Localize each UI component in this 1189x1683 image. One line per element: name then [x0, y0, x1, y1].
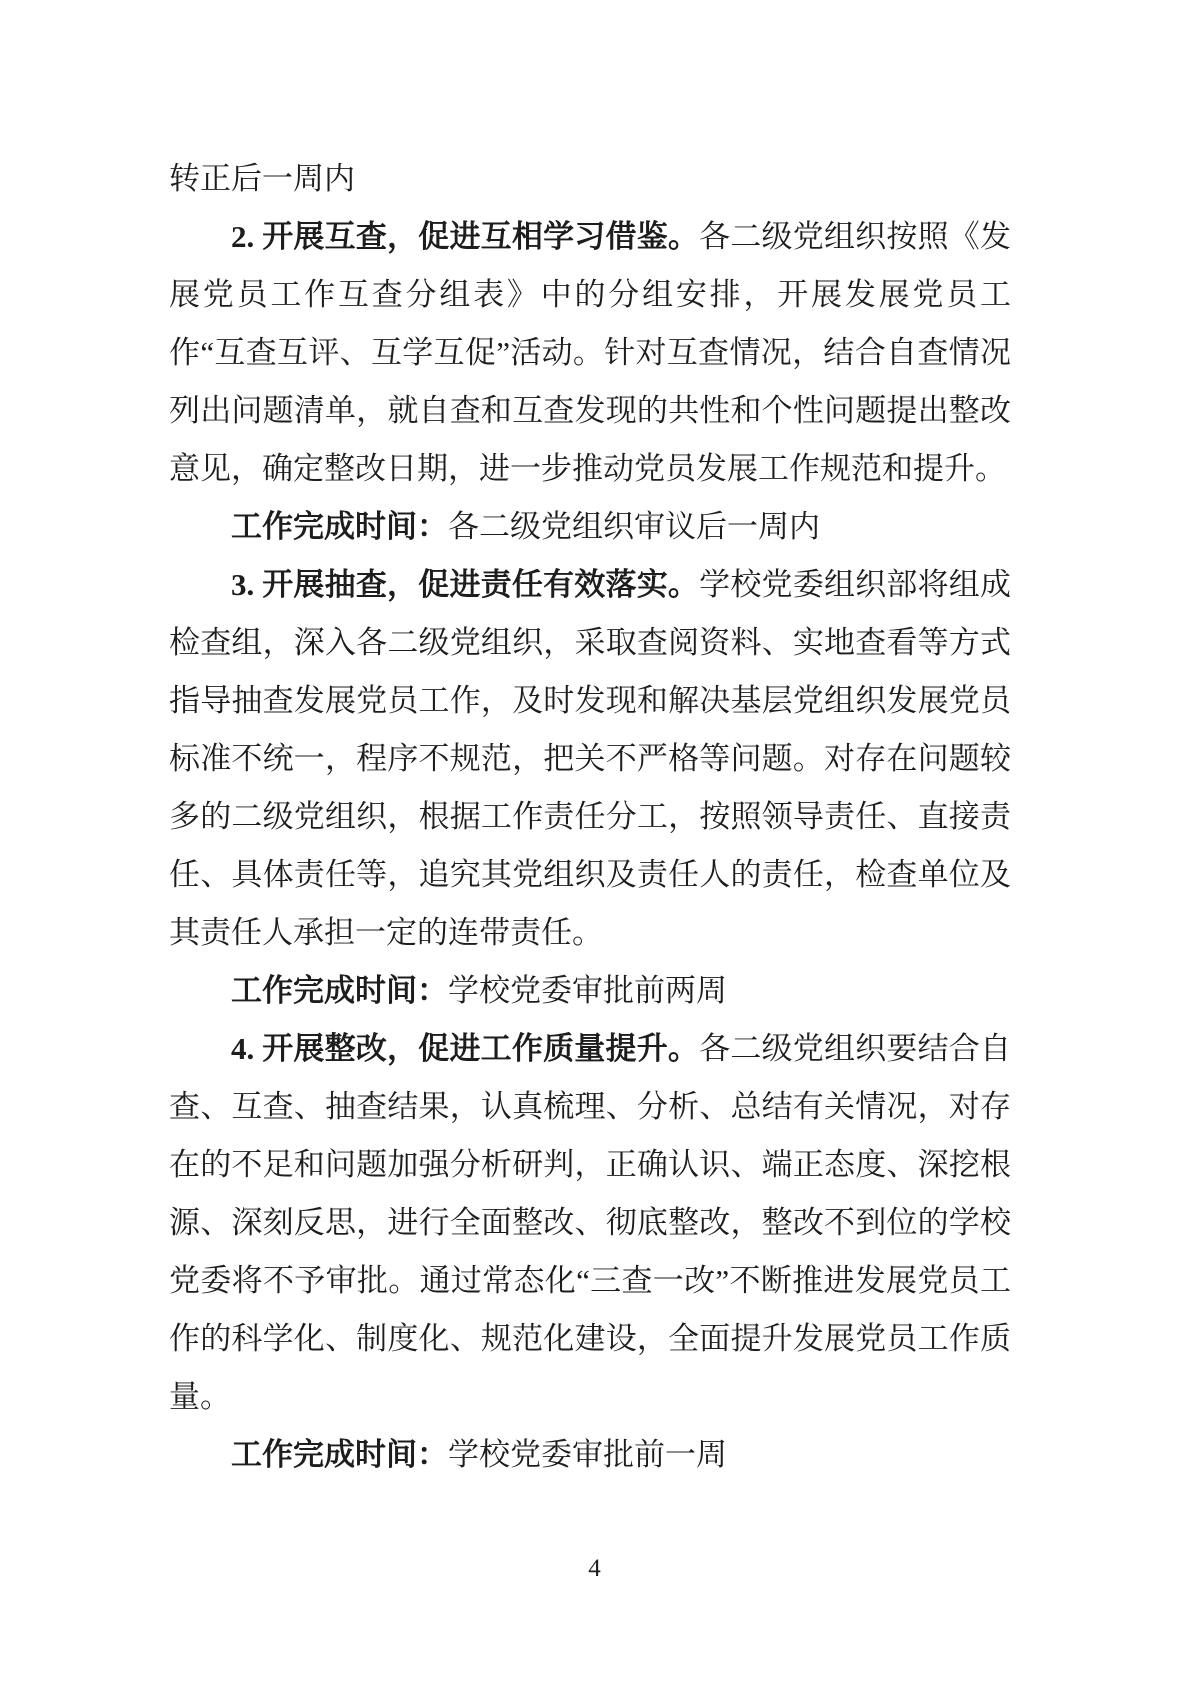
paragraph: 工作完成时间：学校党委审批前两周: [169, 962, 1011, 1020]
text-run: 各二级党组织按照《发展党员工作互查分组表》中的分组安排，开展发展党员工作“互查互…: [169, 219, 1011, 486]
text-run: 学校党委审批前一周: [448, 1437, 727, 1472]
text-run: 转正后一周内: [169, 161, 355, 196]
text-run: 学校党委组织部将组成检查组，深入各二级党组织，采取查阅资料、实地查看等方式指导抽…: [169, 567, 1011, 950]
paragraph: 2. 开展互查，促进互相学习借鉴。各二级党组织按照《发展党员工作互查分组表》中的…: [169, 208, 1011, 498]
text-run: 各二级党组织审议后一周内: [448, 509, 820, 544]
text-run: 各二级党组织要结合自查、互查、抽查结果，认真梳理、分析、总结有关情况，对存在的不…: [169, 1031, 1011, 1414]
document-page: 转正后一周内2. 开展互查，促进互相学习借鉴。各二级党组织按照《发展党员工作互查…: [0, 0, 1189, 1683]
paragraph: 转正后一周内: [169, 150, 1011, 208]
document-body: 转正后一周内2. 开展互查，促进互相学习借鉴。各二级党组织按照《发展党员工作互查…: [169, 150, 1011, 1484]
text-run: 学校党委审批前两周: [448, 973, 727, 1008]
paragraph: 工作完成时间：各二级党组织审议后一周内: [169, 498, 1011, 556]
text-run-bold: 3. 开展抽查，促进责任有效落实。: [231, 567, 699, 602]
text-run-bold: 工作完成时间：: [231, 1437, 448, 1472]
paragraph: 4. 开展整改，促进工作质量提升。各二级党组织要结合自查、互查、抽查结果，认真梳…: [169, 1020, 1011, 1426]
paragraph: 工作完成时间：学校党委审批前一周: [169, 1426, 1011, 1484]
text-run-bold: 4. 开展整改，促进工作质量提升。: [231, 1031, 699, 1066]
text-run-bold: 工作完成时间：: [231, 509, 448, 544]
page-number: 4: [0, 1555, 1189, 1583]
text-run-bold: 2. 开展互查，促进互相学习借鉴。: [231, 219, 699, 254]
paragraph: 3. 开展抽查，促进责任有效落实。学校党委组织部将组成检查组，深入各二级党组织，…: [169, 556, 1011, 962]
text-run-bold: 工作完成时间：: [231, 973, 448, 1008]
